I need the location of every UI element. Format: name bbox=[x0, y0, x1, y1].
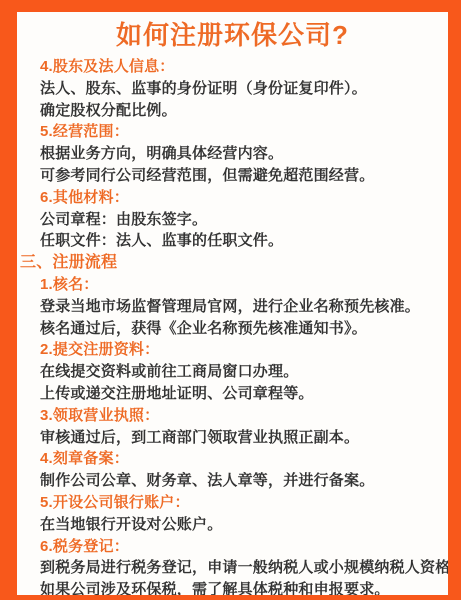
body-text-line: 法人、股东、监事的身份证明（身份证复印件）。 bbox=[40, 78, 442, 100]
body-text-line: 核名通过后，获得《企业名称预先核准通知书》。 bbox=[40, 318, 442, 340]
poster-frame: 如何注册环保公司? 4.股东及法人信息：法人、股东、监事的身份证明（身份证复印件… bbox=[0, 0, 461, 600]
body-text-line: 上传或递交注册地址证明、公司章程等。 bbox=[40, 383, 442, 405]
body-text-line: 如果公司涉及环保税，需了解具体税种和申报要求。 bbox=[40, 579, 442, 595]
section-heading: 3.领取营业执照： bbox=[40, 405, 442, 427]
body-text-line: 审核通过后，到工商部门领取营业执照正副本。 bbox=[40, 427, 442, 449]
body-text-line: 在线提交资料或前往工商局窗口办理。 bbox=[40, 361, 442, 383]
section-heading: 5.开设公司银行账户： bbox=[40, 492, 442, 514]
section-heading: 1.核名： bbox=[40, 274, 442, 296]
body-text-line: 可参考同行公司经营范围，但需避免超范围经营。 bbox=[40, 165, 442, 187]
body-text-line: 制作公司公章、财务章、法人章等，并进行备案。 bbox=[40, 470, 442, 492]
body-text-line: 登录当地市场监督管理局官网，进行企业名称预先核准。 bbox=[40, 296, 442, 318]
chapter-heading: 三、注册流程 bbox=[20, 252, 442, 274]
section-heading: 5.经营范围： bbox=[40, 121, 442, 143]
poster-inner-panel: 如何注册环保公司? 4.股东及法人信息：法人、股东、监事的身份证明（身份证复印件… bbox=[17, 12, 448, 595]
content-area: 4.股东及法人信息：法人、股东、监事的身份证明（身份证复印件）。确定股权分配比例… bbox=[17, 56, 448, 595]
body-text-line: 在当地银行开设对公账户。 bbox=[40, 514, 442, 536]
section-heading: 6.其他材料： bbox=[40, 187, 442, 209]
section-heading: 2.提交注册资料： bbox=[40, 339, 442, 361]
body-text-line: 确定股权分配比例。 bbox=[40, 100, 442, 122]
section-heading: 4.股东及法人信息： bbox=[40, 56, 442, 78]
body-text-line: 任职文件：法人、监事的任职文件。 bbox=[40, 230, 442, 252]
body-text-line: 公司章程：由股东签字。 bbox=[40, 209, 442, 231]
body-text-line: 根据业务方向，明确具体经营内容。 bbox=[40, 143, 442, 165]
section-heading: 6.税务登记： bbox=[40, 536, 442, 558]
body-text-line: 到税务局进行税务登记，申请一般纳税人或小规模纳税人资格。 bbox=[40, 557, 442, 579]
page-title: 如何注册环保公司? bbox=[17, 20, 448, 50]
section-heading: 4.刻章备案： bbox=[40, 448, 442, 470]
